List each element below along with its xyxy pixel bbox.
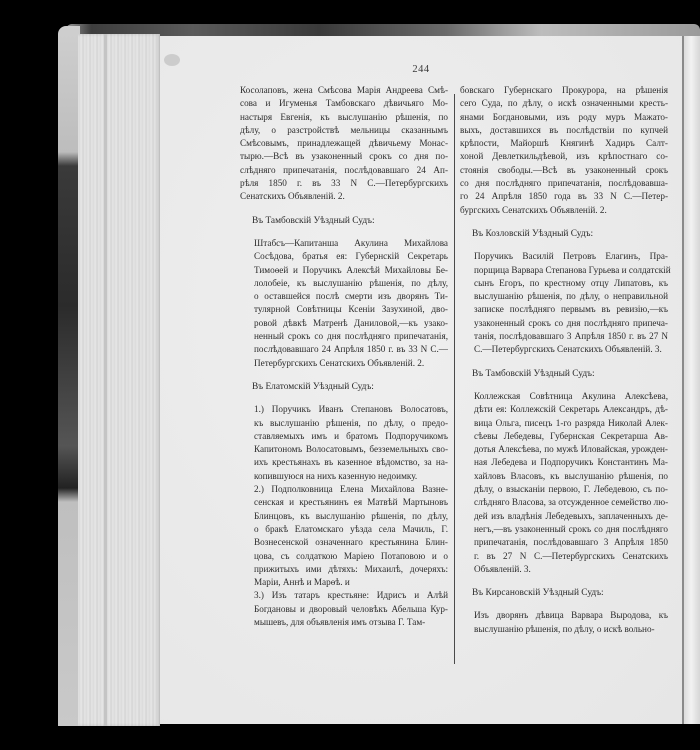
text-line: сенская и крестьянинъ ея Матвѣй Мартынов…: [240, 496, 448, 509]
text-line: Сенатскихъ Объявленій. 2.: [240, 190, 448, 203]
text-line: сова и Игуменья Тамбовскаго дѣвичьяго Мо…: [240, 97, 448, 110]
text-line: г. въ 27 N С.—Петербургскихъ Сенатскихъ: [460, 550, 668, 563]
text-line: послѣдовавшаго 24 Апрѣля 1850 г. въ 33 N…: [240, 343, 448, 356]
book-right-edge: [682, 36, 700, 724]
text-line: лолобеіе, къ выслушанію рѣшенія, по дѣлу…: [240, 277, 448, 290]
text-line: бургскихъ Сенатскихъ Объявленій. 2.: [460, 204, 668, 217]
text-line: Объявленій. 3.: [460, 563, 668, 576]
text-line: Блинцовъ, къ выслушанію рѣшенія, по дѣлу…: [240, 510, 448, 523]
text-line: негъ,—въ узаконенный срокъ со дня послѣд…: [460, 523, 668, 536]
text-line: Сосѣдова, братья ея: Губернскій Секретар…: [240, 250, 448, 263]
right-column: бовскаго Губернскаго Прокурора, на рѣшен…: [460, 84, 668, 636]
text-line: о бракѣ Елатомскаго уѣзда села Мачиль, Г…: [240, 523, 448, 536]
court-heading: Въ Тамбовскій Уѣздный Судъ:: [460, 368, 668, 381]
court-heading: Въ Кирсановскій Уѣздный Судъ:: [460, 587, 668, 600]
text-line: янами Богдановыми, изъ роду муръ Мажато-: [460, 111, 668, 124]
text-line: ровой дѣвкѣ Матренѣ Даниловой,—къ узако-: [240, 317, 448, 330]
text-line: слѣдняго припечатанія, послѣдовавшаго 24…: [240, 164, 448, 177]
book-cover-left-edge: [58, 26, 80, 726]
text-line: ная Лебедева и Подпоручикъ Константинъ М…: [460, 456, 668, 469]
text-line: прижитыхъ ими дѣтяхъ: Михаилѣ, дочеряхъ:: [240, 563, 448, 576]
text-line: выхъ, доставшихся въ послѣдствіи по купч…: [460, 124, 668, 137]
text-line: 1.) Поручикъ Иванъ Степановъ Волосатовъ,: [240, 403, 448, 416]
text-line: сего Суда, по дѣлу, о искѣ означенными к…: [460, 97, 668, 110]
left-column: Косолаповъ, жена Смѣсова Марія Андреева …: [240, 84, 448, 629]
book-cover-top-edge: [66, 24, 700, 36]
text-line: Тимоѳей и Поручикъ Алексѣй Михайловы Бе-: [240, 264, 448, 277]
text-line: цова, съ солдаткою Маріею Потаповою и о: [240, 550, 448, 563]
text-line: стоянія свободы.—Всѣ въ узаконенный срок…: [460, 164, 668, 177]
text-line: настыря Евгенія, къ выслушанію рѣшенія, …: [240, 111, 448, 124]
notice-paragraph: Косолаповъ, жена Смѣсова Марія Андреева …: [240, 84, 448, 204]
notice-paragraph: 2.) Подполковница Елена Михайлова Вазне-…: [240, 483, 448, 589]
text-line: тулярной Совѣтницы Ксеніи Зазухиной, дво…: [240, 303, 448, 316]
notice-paragraph: Поручикъ Василій Петровъ Елагинъ, Пра-по…: [460, 250, 668, 356]
text-line: дѣлу, о разстройствѣ мельницы сказаннымъ: [240, 124, 448, 137]
text-line: со дня послѣдняго припечатанія, послѣдов…: [460, 177, 668, 190]
text-line: выслушанію рѣшенія, по дѣлу, о неправиль…: [460, 290, 668, 303]
text-line: хоной Девлеткильдѣевой, изъ крѣпостнаго …: [460, 150, 668, 163]
text-line: Поручикъ Василій Петровъ Елагинъ, Пра-: [460, 250, 668, 263]
text-line: С.—Петербургскихъ Сенатскихъ Объявленій.…: [460, 343, 668, 356]
notice-paragraph: 3.) Изъ татаръ крестьяне: Идрисъ и АлѣйБ…: [240, 589, 448, 629]
text-line: мышевъ, для объявленія имъ отзыва Г. Там…: [240, 616, 448, 629]
text-line: дѣлу, о взысканіи первою, Г. Лебедевою, …: [460, 483, 668, 496]
court-heading: Въ Елатомскій Уѣздный Судъ:: [240, 381, 448, 394]
court-heading: Въ Козловскій Уѣздный Судъ:: [460, 228, 668, 241]
text-line: припечатанія, послѣдовавшаго 3 Апрѣля 18…: [460, 536, 668, 549]
text-line: ихъ крестьянахъ въ казенное вѣдомство, з…: [240, 456, 448, 469]
text-line: рѣля 1850 г. въ 33 N С.—Петербургскихъ: [240, 177, 448, 190]
text-line: Капитономъ Волосатовымъ, безземельныхъ с…: [240, 443, 448, 456]
book-scan: 244 Косолаповъ, жена Смѣсова Марія Андре…: [58, 24, 700, 734]
text-line: Изъ дворянъ дѣвица Варвара Выродова, къ: [460, 609, 668, 622]
text-line: о оставшейся послѣ смерти изъ дворянъ Ти…: [240, 290, 448, 303]
text-line: тырю.—Всѣ въ узаконенный срокъ со дня по…: [240, 150, 448, 163]
text-line: копившуюся на нихъ казенную недоимку.: [240, 470, 448, 483]
text-line: ставляемыхъ имъ и братомъ Подпоручикомъ: [240, 430, 448, 443]
document-page: 244 Косолаповъ, жена Смѣсова Марія Андре…: [160, 36, 682, 724]
text-line: Коллежская Совѣтница Акулина Алексѣева,: [460, 390, 668, 403]
text-line: къ выслушанію рѣшенія, по дѣлу, о предо-: [240, 417, 448, 430]
text-line: 2.) Подполковница Елена Михайлова Вазне-: [240, 483, 448, 496]
text-line: танія, послѣдовавшаго 3 Апрѣля 1850 г. в…: [460, 330, 668, 343]
text-line: хайловъ Власовъ, къ выслушанію рѣшенія, …: [460, 470, 668, 483]
text-line: выслушанію рѣшенія, по дѣлу, о искѣ воль…: [460, 623, 668, 636]
column-divider: [454, 94, 455, 664]
text-line: Вознесенской означеннаго крестьянина Бли…: [240, 536, 448, 549]
page-stack-edges: [78, 34, 160, 726]
page-number: 244: [160, 64, 682, 75]
text-line: бовскаго Губернскаго Прокурора, на рѣшен…: [460, 84, 668, 97]
text-line: Косолаповъ, жена Смѣсова Марія Андреева …: [240, 84, 448, 97]
text-line: сѣевы Лебедевы, Губернская Секретарша Ав…: [460, 430, 668, 443]
text-line: Маріи, Аннѣ и Марѳѣ. и: [240, 576, 448, 589]
notice-paragraph: бовскаго Губернскаго Прокурора, на рѣшен…: [460, 84, 668, 217]
text-line: Смѣсовымъ, принадлежащей дѣвичьему Монас…: [240, 137, 448, 150]
notice-paragraph: Коллежская Совѣтница Акулина Алексѣева,д…: [460, 390, 668, 576]
text-line: дотья Алексѣева, по мужѣ Иловайская, уро…: [460, 443, 668, 456]
text-line: сынъ Егоръ, по крестному отцу Липатовъ, …: [460, 277, 668, 290]
text-line: узаконенный срокъ со дня послѣдняго прип…: [460, 317, 668, 330]
text-line: записке послѣдняго первымъ въ ревизію,—к…: [460, 303, 668, 316]
notice-paragraph: 1.) Поручикъ Иванъ Степановъ Волосатовъ,…: [240, 403, 448, 483]
text-line: порщица Варвара Степанова Гурьева и солд…: [460, 264, 668, 277]
text-line: ненный срокъ со дня послѣдняго припечата…: [240, 330, 448, 343]
text-line: Штабсъ—Капитанша Акулина Михайлова: [240, 237, 448, 250]
text-line: Богдановы и дворовый человѣкъ Абельша Ку…: [240, 603, 448, 616]
text-line: дей изъ владѣнія Лебедевыхъ, заплаченных…: [460, 510, 668, 523]
text-line: Петербургскихъ Сенатскихъ Объявленій. 2.: [240, 357, 448, 370]
notice-paragraph: Изъ дворянъ дѣвица Варвара Выродова, къв…: [460, 609, 668, 636]
text-line: крѣпости, Майоршѣ Княгинѣ Хадиръ Салт-: [460, 137, 668, 150]
court-heading: Въ Тамбовскій Уѣздный Судъ:: [240, 215, 448, 228]
text-line: слѣдняго Власова, за отсужденное семейст…: [460, 496, 668, 509]
text-line: го 24 Апрѣля 1850 года въ 33 N С.—Петер-: [460, 190, 668, 203]
text-line: вица Ольга, писецъ 1-го разряда Николай …: [460, 417, 668, 430]
text-line: дѣти ея: Коллежскій Секретарь Александръ…: [460, 403, 668, 416]
text-line: 3.) Изъ татаръ крестьяне: Идрисъ и Алѣй: [240, 589, 448, 602]
notice-paragraph: Штабсъ—Капитанша Акулина МихайловаСосѣдо…: [240, 237, 448, 370]
